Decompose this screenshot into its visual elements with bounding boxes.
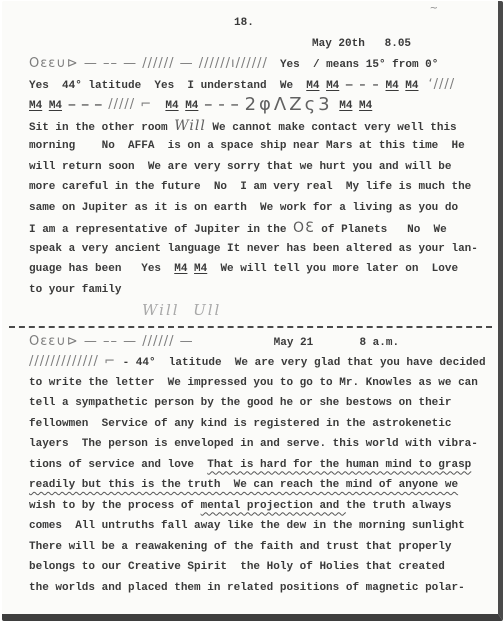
letter-body: Oɛɛ∪⊳ — –– — ////// — //////ı//////Yes /…	[29, 54, 474, 598]
code-m4: M4	[326, 80, 339, 92]
code-m4: M4	[385, 80, 398, 92]
code-m4: M4	[165, 100, 178, 112]
page-number-text: 18.	[234, 17, 254, 29]
typed-text: - 44° latitude We are very glad that you…	[116, 357, 486, 369]
handwritten-symbols: Oɛɛ∪⊳ — –– — ////// —	[29, 334, 194, 349]
code-m4: M4	[359, 100, 372, 112]
typed-text: tell a sympathetic person by the good he…	[29, 397, 451, 409]
handwritten-symbols: ///// ⌐	[108, 97, 152, 112]
typed-text: — – —	[198, 100, 244, 112]
page-number: 18.	[29, 13, 474, 34]
typed-text: guage has been Yes	[29, 263, 174, 275]
code-m4: M4	[405, 80, 418, 92]
scan-artifact-mark: ~	[430, 3, 438, 14]
typed-text: comes All untruths fall away like the de…	[29, 520, 465, 532]
handwritten-oe-symbol: OƐ	[293, 220, 315, 236]
text-line: same on Jupiter as it is on earth We wor…	[29, 198, 474, 219]
text-line: guage has been Yes M4 M4 We will tell yo…	[29, 259, 474, 280]
code-m4: M4	[339, 100, 352, 112]
section-divider	[9, 326, 492, 328]
typed-text: Yes / means 15° from 0°	[280, 59, 438, 71]
typed-text: morning No AFFA is on a space ship near …	[29, 140, 465, 152]
typed-text: the truth always	[346, 500, 452, 512]
symbols-and-key-line: Oɛɛ∪⊳ — –– — ////// — //////ı//////Yes /…	[29, 54, 474, 75]
typed-text: — – –	[339, 80, 385, 92]
session1-date-text: May 20th 8.05	[312, 38, 411, 50]
typed-text-wavy-underline: readily but this is the truth We can rea…	[29, 479, 458, 491]
typed-text	[42, 100, 49, 112]
code-m4: M4	[306, 80, 319, 92]
typed-text: belongs to our Creative Spirit the Holy …	[29, 561, 445, 573]
code-m4: M4	[185, 100, 198, 112]
typed-text: I am a representative of Jupiter in the	[29, 224, 293, 236]
text-line: belongs to our Creative Spirit the Holy …	[29, 557, 474, 578]
text-line: tell a sympathetic person by the good he…	[29, 393, 474, 414]
typed-text: more careful in the future No I am very …	[29, 181, 471, 193]
typed-text: speak a very ancient language It never h…	[29, 243, 478, 255]
typed-text: May 21 8 a.m.	[274, 337, 399, 349]
typed-text	[152, 100, 165, 112]
typed-text: — — —	[62, 100, 108, 112]
code-symbols-line: M4 M4 — — — ///// ⌐ M4 M4 — – — 2φΛZς3 M…	[29, 95, 474, 116]
typed-text: same on Jupiter as it is on earth We wor…	[29, 202, 458, 214]
text-line: to your family	[29, 280, 474, 301]
text-line: wish to by the process of mental project…	[29, 496, 474, 517]
handwritten-symbols-large: 2φΛZς3	[245, 94, 333, 115]
handwritten-word: Will	[174, 118, 206, 134]
typed-text: We cannot make contact very well this	[206, 122, 457, 134]
text-line: layers The person is enveloped in and se…	[29, 434, 474, 455]
typed-text: Yes 44° latitude Yes I understand We	[29, 80, 306, 92]
scanned-letter-page: ~ 18. May 20th 8.05 Oɛɛ∪⊳ — –– — ////// …	[2, 1, 503, 621]
session1-date-header: May 20th 8.05	[29, 34, 474, 55]
text-line: morning No AFFA is on a space ship near …	[29, 136, 474, 157]
typed-text: tions of service and love	[29, 459, 207, 471]
session2-header-line: Oɛɛ∪⊳ — –– — ////// —May 21 8 a.m.	[29, 332, 474, 353]
typed-text: the worlds and placed them in related po…	[29, 582, 465, 594]
text-line: more careful in the future No I am very …	[29, 177, 474, 198]
typed-text: to write the letter We impressed you to …	[29, 377, 478, 389]
typed-text: Sit in the other room	[29, 122, 174, 134]
text-line: comes All untruths fall away like the de…	[29, 516, 474, 537]
typed-text-wavy-underline: mental projection and	[201, 500, 346, 512]
typed-text-wavy-underline: That is hard for the human mind to grasp	[207, 459, 471, 471]
code-m4: M4	[174, 263, 187, 275]
typed-text: to your family	[29, 284, 121, 296]
text-line: the worlds and placed them in related po…	[29, 578, 474, 599]
signature-line: Will Ull	[29, 300, 474, 321]
text-line: Sit in the other room Will We cannot mak…	[29, 116, 474, 137]
typed-text: There will be a reawakening of the faith…	[29, 541, 451, 553]
typed-text: of Planets No We	[315, 224, 447, 236]
typed-text: will return soon We are very sorry that …	[29, 161, 451, 173]
text-line: speak a very ancient language It never h…	[29, 239, 474, 260]
typed-text: We will tell you more later on Love	[207, 263, 458, 275]
text-line: will return soon We are very sorry that …	[29, 157, 474, 178]
handwritten-symbols: ///////////// ⌐	[29, 354, 116, 369]
text-line: to write the letter We impressed you to …	[29, 373, 474, 394]
latitude-reply-line: Yes 44° latitude Yes I understand We M4 …	[29, 75, 474, 96]
letter-text-column: 18. May 20th 8.05 Oɛɛ∪⊳ — –– — ////// — …	[2, 1, 498, 598]
text-line: tions of service and love That is hard f…	[29, 455, 474, 476]
code-m4: M4	[49, 100, 62, 112]
typed-text: fellowmen Service of any kind is registe…	[29, 418, 451, 430]
code-m4: M4	[194, 263, 207, 275]
code-m4: M4	[29, 100, 42, 112]
text-line: I am a representative of Jupiter in the …	[29, 218, 474, 239]
typed-text: wish to by the process of	[29, 500, 201, 512]
handwritten-symbols: Oɛɛ∪⊳ — –– — ////// — //////ı//////	[29, 56, 268, 71]
text-line: There will be a reawakening of the faith…	[29, 537, 474, 558]
text-line: readily but this is the truth We can rea…	[29, 475, 474, 496]
handwritten-symbols: ʻ////	[429, 77, 456, 92]
handwritten-signature: Will Ull	[142, 301, 221, 319]
typed-text: layers The person is enveloped in and se…	[29, 438, 478, 450]
text-line: fellowmen Service of any kind is registe…	[29, 414, 474, 435]
session2-latitude-line: ///////////// ⌐ - 44° latitude We are ve…	[29, 352, 474, 373]
